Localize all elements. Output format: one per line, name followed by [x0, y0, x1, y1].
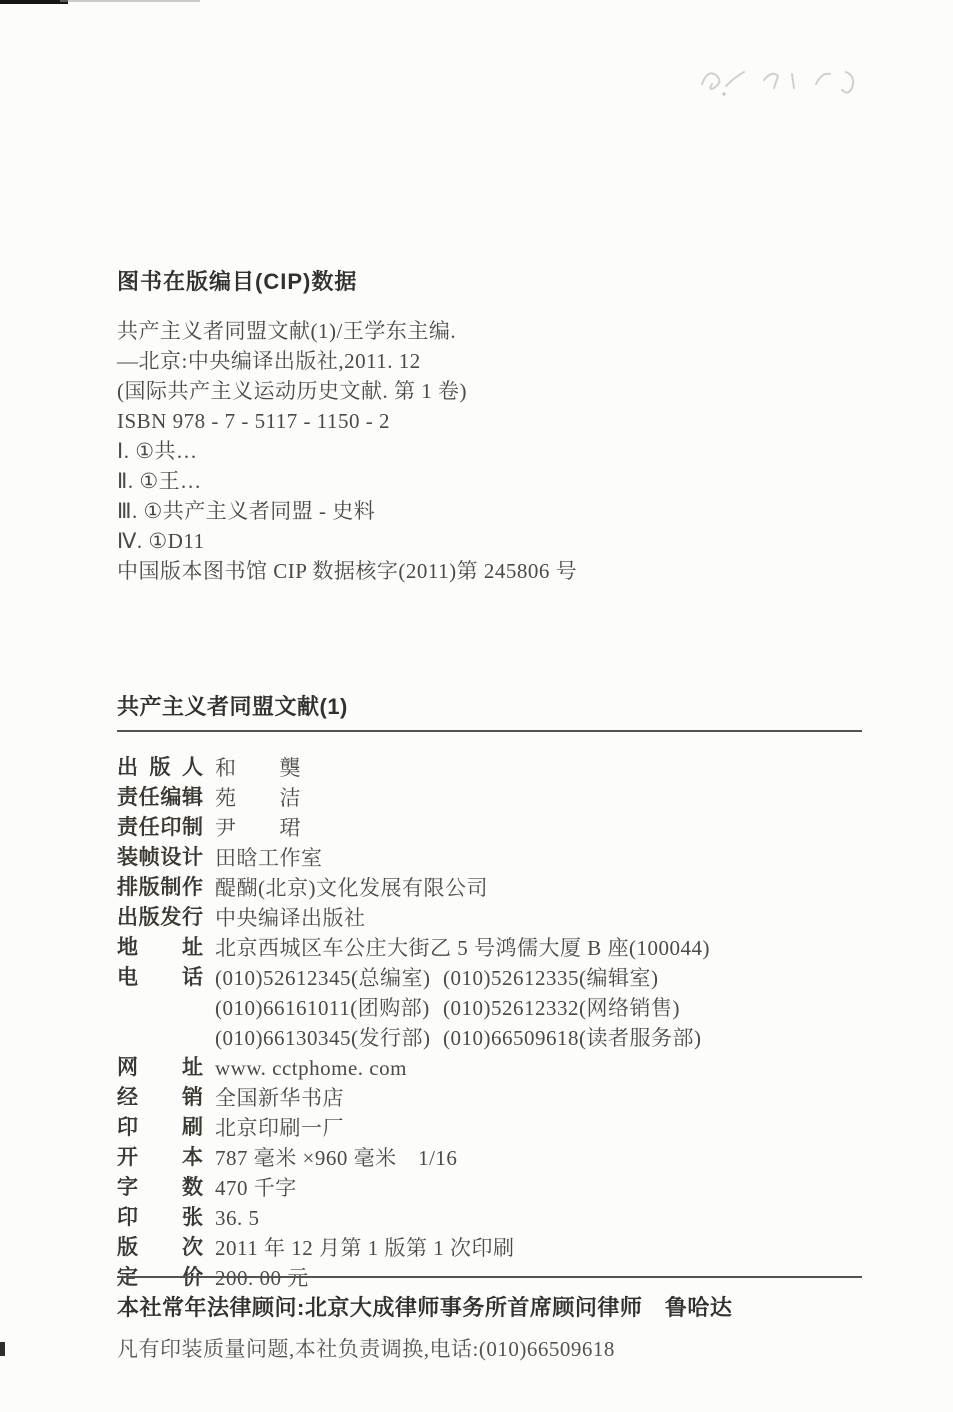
row-label: 字数 — [117, 1173, 203, 1203]
row-value: 苑 洁 — [215, 783, 301, 813]
cip-line-record-number: 中国版本图书馆 CIP 数据核字(2011)第 245806 号 — [117, 556, 861, 586]
row-label: 出版发行 — [117, 903, 203, 933]
cip-block: 图书在版编目(CIP)数据 共产主义者同盟文献(1)/王学东主编. —北京:中央… — [117, 265, 861, 586]
row-value: (010)66130345(发行部)(010)66509618(读者服务部) — [215, 1023, 701, 1053]
colophon-row-format: 开本 787 毫米 ×960 毫米 1/16 — [117, 1143, 862, 1173]
row-label: 电话 — [117, 963, 203, 993]
cip-line-class-1: Ⅰ. ①共… — [117, 436, 861, 466]
row-label: 版次 — [117, 1233, 203, 1263]
scan-artifact-top-edge-faint — [60, 0, 200, 2]
quality-notice-line: 凡有印装质量问题,本社负责调换,电话:(010)66509618 — [117, 1333, 862, 1363]
row-value: 787 毫米 ×960 毫米 1/16 — [215, 1143, 457, 1173]
row-value: 36. 5 — [215, 1203, 260, 1233]
row-value: 田晗工作室 — [215, 843, 323, 873]
colophon-row-sheets: 印张 36. 5 — [117, 1203, 862, 1233]
colophon-row-phone-2: (010)66161011(团购部)(010)52612332(网络销售) — [117, 993, 862, 1023]
scan-artifact-left-edge — [0, 1342, 5, 1356]
legal-counsel-line: 本社常年法律顾问:北京大成律师事务所首席顾问律师 鲁哈达 — [117, 1291, 862, 1322]
row-value: 北京西城区车公庄大街乙 5 号鸿儒大厦 B 座(100044) — [215, 933, 710, 963]
row-value: 尹 珺 — [215, 813, 301, 843]
row-label: 地址 — [117, 933, 203, 963]
row-value: www. cctphome. com — [215, 1053, 407, 1083]
row-label: 责任印制 — [117, 813, 203, 843]
phone-number: (010)52612345(总编室) — [215, 963, 443, 993]
row-value: (010)66161011(团购部)(010)52612332(网络销售) — [215, 993, 680, 1023]
colophon-row-publisher-person: 出版人 和 龑 — [117, 753, 862, 783]
colophon-row-phone-1: 电话 (010)52612345(总编室)(010)52612335(编辑室) — [117, 963, 862, 993]
colophon-row-word-count: 字数 470 千字 — [117, 1173, 862, 1203]
colophon-row-print-supervisor: 责任印制 尹 珺 — [117, 813, 862, 843]
row-value: 醍醐(北京)文化发展有限公司 — [215, 873, 488, 903]
row-label: 装帧设计 — [117, 843, 203, 873]
row-label — [117, 993, 203, 1023]
phone-number: (010)52612332(网络销售) — [443, 996, 680, 1020]
colophon-row-phone-3: (010)66130345(发行部)(010)66509618(读者服务部) — [117, 1023, 862, 1053]
phone-number: (010)66130345(发行部) — [215, 1023, 443, 1053]
row-label — [117, 1023, 203, 1053]
cip-line-class-3: Ⅲ. ①共产主义者同盟 - 史料 — [117, 496, 861, 526]
phone-number: (010)66161011(团购部) — [215, 993, 443, 1023]
row-value: 470 千字 — [215, 1173, 297, 1203]
row-label: 网址 — [117, 1053, 203, 1083]
book-copyright-page: 图书在版编目(CIP)数据 共产主义者同盟文献(1)/王学东主编. —北京:中央… — [0, 0, 953, 1412]
scan-artifact-top-edge — [0, 0, 68, 4]
cip-line-imprint: —北京:中央编译出版社,2011. 12 — [117, 346, 861, 376]
row-label: 排版制作 — [117, 873, 203, 903]
phone-number: (010)66509618(读者服务部) — [443, 1026, 701, 1050]
colophon-row-typesetting: 排版制作 醍醐(北京)文化发展有限公司 — [117, 873, 862, 903]
row-label: 经销 — [117, 1083, 203, 1113]
row-label: 印张 — [117, 1203, 203, 1233]
row-value: 全国新华书店 — [215, 1083, 344, 1113]
colophon-table: 出版人 和 龑 责任编辑 苑 洁 责任印制 尹 珺 装帧设计 田晗工作室 排版制… — [117, 753, 862, 1293]
cip-line-isbn: ISBN 978 - 7 - 5117 - 1150 - 2 — [117, 406, 861, 436]
row-value: 2011 年 12 月第 1 版第 1 次印刷 — [215, 1233, 514, 1263]
colophon-row-distribution: 经销 全国新华书店 — [117, 1083, 862, 1113]
colophon-row-publisher: 出版发行 中央编译出版社 — [117, 903, 862, 933]
cip-line-class-4: Ⅳ. ①D11 — [117, 526, 861, 556]
colophon-row-editor: 责任编辑 苑 洁 — [117, 783, 862, 813]
row-label: 开本 — [117, 1143, 203, 1173]
colophon-row-address: 地址 北京西城区车公庄大街乙 5 号鸿儒大厦 B 座(100044) — [117, 933, 862, 963]
colophon-block: 共产主义者同盟文献(1) 出版人 和 龑 责任编辑 苑 洁 责任印制 尹 珺 装… — [117, 690, 862, 1293]
phone-number: (010)52612335(编辑室) — [443, 966, 658, 990]
cip-line-class-2: Ⅱ. ①王… — [117, 466, 861, 496]
row-value: 和 龑 — [215, 753, 301, 783]
cip-heading: 图书在版编目(CIP)数据 — [117, 265, 861, 296]
colophon-row-printing-house: 印刷 北京印刷一厂 — [117, 1113, 862, 1143]
row-label: 责任编辑 — [117, 783, 203, 813]
cip-line-series: (国际共产主义运动历史文献. 第 1 卷) — [117, 376, 861, 406]
colophon-row-edition: 版次 2011 年 12 月第 1 版第 1 次印刷 — [117, 1233, 862, 1263]
book-title: 共产主义者同盟文献(1) — [117, 690, 862, 732]
footer-block: 本社常年法律顾问:北京大成律师事务所首席顾问律师 鲁哈达 凡有印装质量问题,本社… — [117, 1276, 862, 1363]
row-label: 出版人 — [117, 753, 203, 783]
row-label: 印刷 — [117, 1113, 203, 1143]
colophon-row-designer: 装帧设计 田晗工作室 — [117, 843, 862, 873]
cip-line-title-statement: 共产主义者同盟文献(1)/王学东主编. — [117, 316, 861, 346]
colophon-row-website: 网址 www. cctphome. com — [117, 1053, 862, 1083]
row-value: (010)52612345(总编室)(010)52612335(编辑室) — [215, 963, 658, 993]
pencil-mark — [688, 50, 878, 106]
row-value: 中央编译出版社 — [215, 903, 366, 933]
row-value: 北京印刷一厂 — [215, 1113, 344, 1143]
